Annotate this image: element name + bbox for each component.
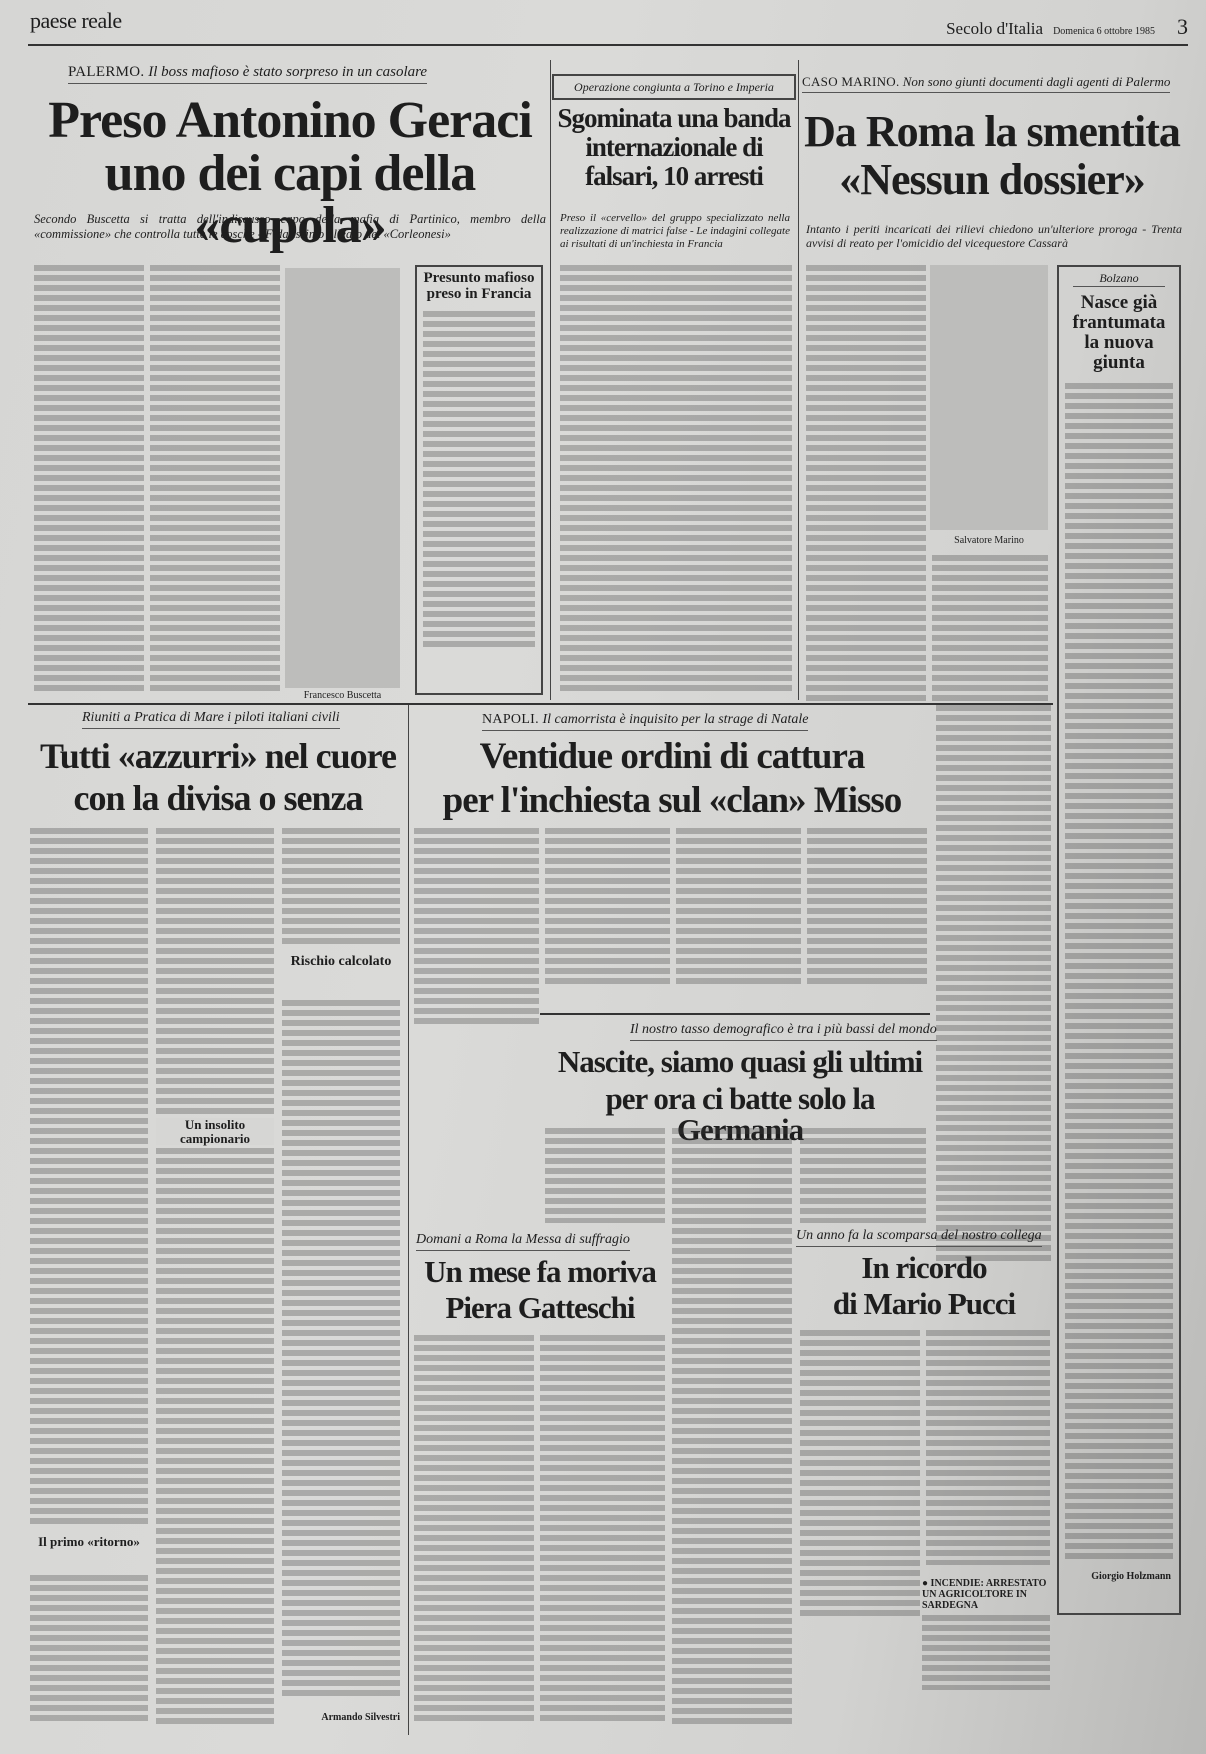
geraci-subhead: Secondo Buscetta si tratta dell'indiscus… <box>34 212 546 242</box>
falsari-text <box>560 265 792 695</box>
azzurri-subhead-2: Un insolito campionario <box>156 1118 274 1145</box>
misso-text-column-3 <box>676 828 801 988</box>
pucci-headline-1: In ricordo <box>796 1252 1052 1283</box>
issue-date: Domenica 6 ottobre 1985 <box>1053 26 1155 37</box>
geraci-text-column-2 <box>150 265 280 695</box>
azzurri-text-column-3 <box>282 828 400 948</box>
marino-photo-caption: Salvatore Marino <box>930 535 1048 546</box>
nascite-text-column-3 <box>800 1128 926 1223</box>
gatteschi-headline-2: Piera Gatteschi <box>412 1292 668 1323</box>
gatteschi-text-column-2 <box>540 1335 665 1725</box>
pucci-text-column-2 <box>926 1330 1050 1565</box>
page-number: 3 <box>1177 14 1188 40</box>
geraci-photo <box>285 268 400 688</box>
marino-subhead: Intanto i periti incaricati dei rilievi … <box>806 222 1182 250</box>
marino-headline-1: Da Roma la smentita <box>802 110 1182 154</box>
column-divider <box>550 60 551 700</box>
marino-continued-text <box>936 705 1051 1265</box>
azzurri-text-column-1 <box>30 828 148 1528</box>
column-divider <box>408 705 409 1735</box>
azzurri-subhead-3: Il primo «ritorno» <box>30 1535 148 1549</box>
azzurri-subhead-1: Rischio calcolato <box>282 955 400 970</box>
nascite-text-column-2 <box>672 1128 792 1728</box>
masthead: Secolo d'Italia Domenica 6 ottobre 1985 … <box>946 14 1188 40</box>
bolzano-text <box>1065 383 1173 1563</box>
column-divider <box>798 60 799 700</box>
falsari-headline: Sgominata una banda internazionale di fa… <box>552 104 796 191</box>
gatteschi-kicker: Domani a Roma la Messa di suffragio <box>416 1232 630 1251</box>
bolzano-byline: Giorgio Holzmann <box>1059 1567 1179 1586</box>
bullet-icon: ● <box>922 1578 928 1589</box>
azzurri-kicker: Riuniti a Pratica di Mare i piloti itali… <box>82 710 340 729</box>
nascite-headline-1: Nascite, siamo quasi gli ultimi <box>545 1046 935 1077</box>
brief-text <box>922 1615 1050 1690</box>
section-rule <box>28 703 1053 705</box>
misso-kicker: NAPOLI. Il camorrista è inquisito per la… <box>482 712 808 731</box>
falsari-kicker-box: Operazione congiunta a Torino e Imperia <box>552 74 796 100</box>
gatteschi-text-column-1 <box>414 1335 534 1725</box>
presunto-headline: Presunto mafioso preso in Francia <box>417 267 541 307</box>
geraci-headline-1: Preso Antonino Geraci <box>30 95 550 147</box>
nascite-kicker: Il nostro tasso demografico è tra i più … <box>630 1022 937 1041</box>
masthead-rule <box>28 44 1188 46</box>
nascite-text-column-1 <box>545 1128 665 1223</box>
marino-headline-2: «Nessun dossier» <box>802 158 1182 202</box>
azzurri-text-column-3b <box>282 1000 400 1700</box>
azzurri-byline: Armando Silvestri <box>282 1712 400 1723</box>
marino-photo <box>930 265 1048 530</box>
misso-headline-1: Ventidue ordini di cattura <box>412 738 932 775</box>
misso-text-column-4 <box>807 828 927 988</box>
brief-headline: INCENDIE: ARRESTATO UN AGRICOLTORE IN SA… <box>922 1578 1046 1611</box>
bolzano-kicker: Bolzano <box>1073 267 1165 287</box>
section-rule <box>540 1013 930 1015</box>
misso-text-column-2 <box>545 828 670 988</box>
azzurri-headline-1: Tutti «azzurri» nel cuore <box>28 738 408 774</box>
marino-text-column-2 <box>932 555 1048 705</box>
presunto-box: Presunto mafioso preso in Francia <box>415 265 543 695</box>
pucci-kicker: Un anno fa la scomparsa del nostro colle… <box>796 1228 1042 1247</box>
paper-name: Secolo d'Italia <box>946 19 1043 39</box>
bolzano-headline: Nasce già frantumata la nuova giunta <box>1059 287 1179 379</box>
falsari-subhead: Preso il «cervello» del gruppo specializ… <box>560 212 790 251</box>
azzurri-headline-2: con la divisa o senza <box>28 780 408 816</box>
azzurri-text-column-1b <box>30 1575 148 1725</box>
geraci-text-column-1 <box>34 265 144 695</box>
pucci-text-column-1 <box>800 1330 920 1620</box>
brief-item: ● INCENDIE: ARRESTATO UN AGRICOLTORE IN … <box>922 1578 1050 1611</box>
misso-headline-2: per l'inchiesta sul «clan» Misso <box>412 782 932 819</box>
presunto-text <box>423 311 535 651</box>
geraci-kicker: PALERMO. Il boss mafioso è stato sorpres… <box>68 64 427 84</box>
newspaper-page: paese reale Secolo d'Italia Domenica 6 o… <box>0 0 1206 1754</box>
geraci-photo-caption: Francesco Buscetta <box>285 690 400 701</box>
pucci-headline-2: di Mario Pucci <box>796 1288 1052 1319</box>
falsari-kicker: Operazione congiunta a Torino e Imperia <box>554 76 794 98</box>
bolzano-box: Bolzano Nasce già frantumata la nuova gi… <box>1057 265 1181 1615</box>
marino-kicker: CASO MARINO. Non sono giunti documenti d… <box>802 74 1170 93</box>
misso-text-column-1 <box>414 828 539 1028</box>
gatteschi-headline-1: Un mese fa moriva <box>412 1256 668 1287</box>
azzurri-text-column-2 <box>156 828 274 1728</box>
marino-text-column-1 <box>806 265 926 705</box>
section-title: paese reale <box>30 8 122 34</box>
